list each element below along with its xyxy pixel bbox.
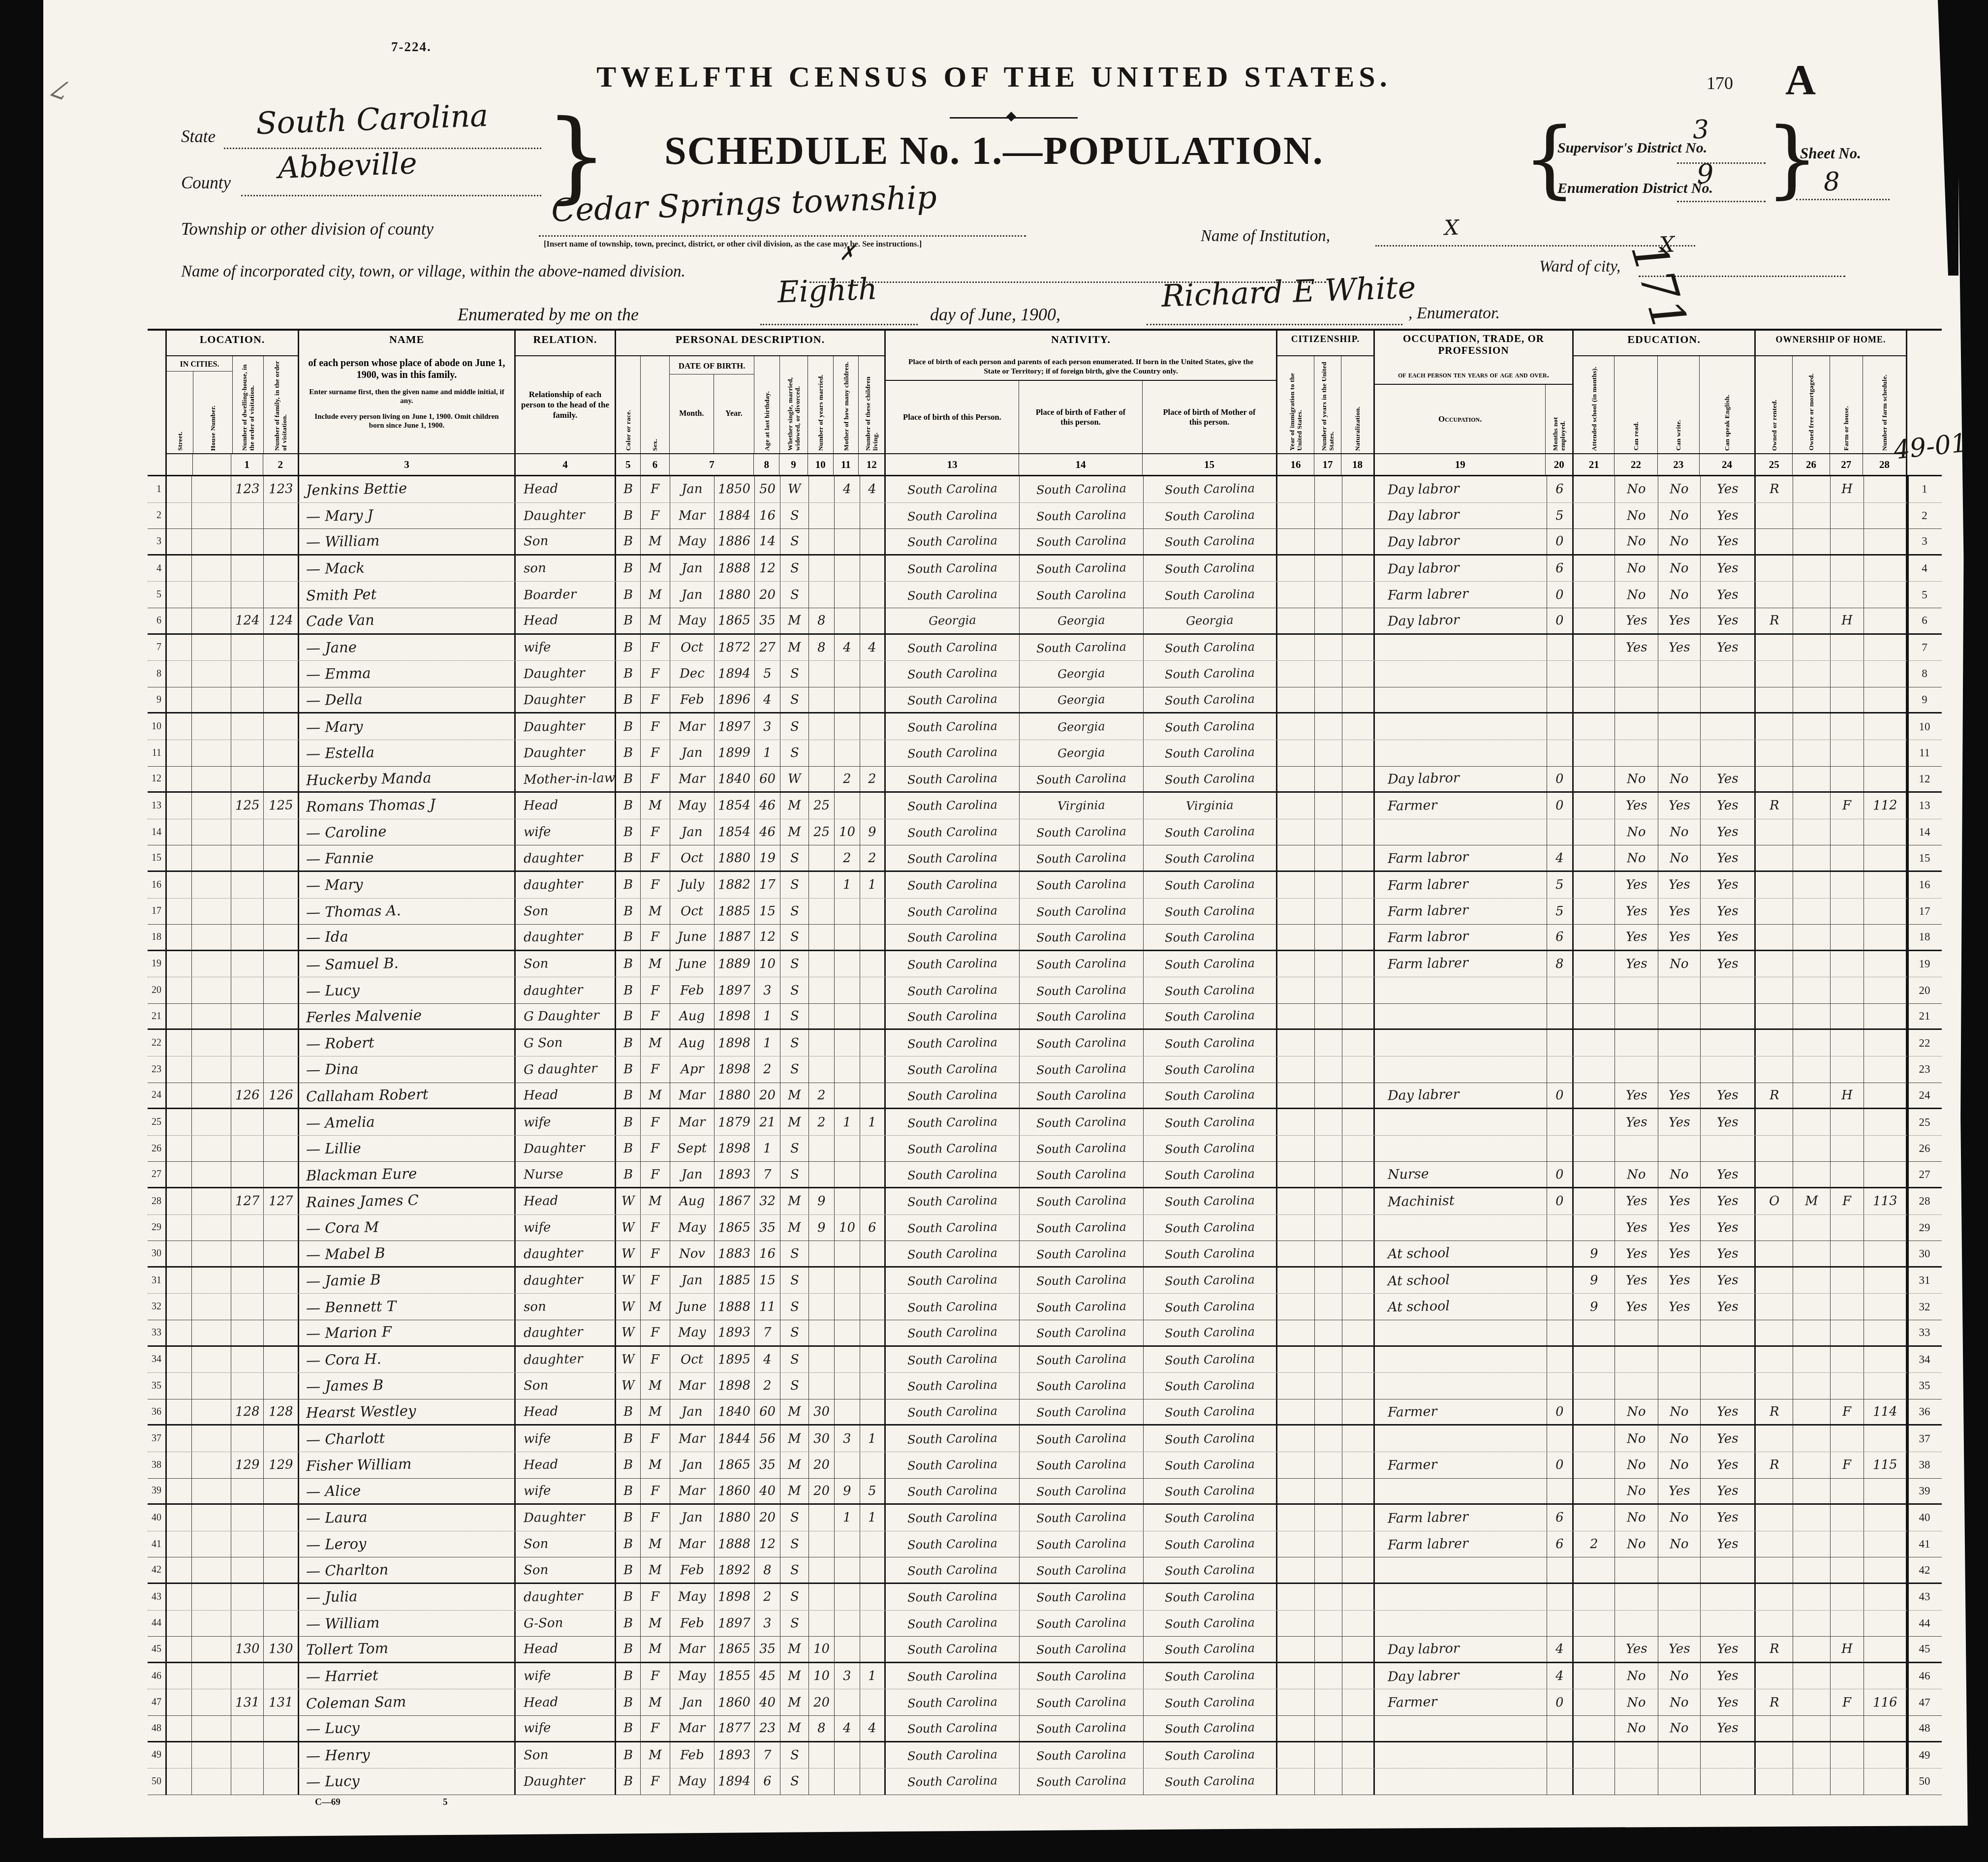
col-num-4: 4 [516, 454, 615, 475]
title-ornament-diamond [1006, 112, 1016, 122]
cell-wr [1658, 714, 1701, 740]
cell-own: R [1756, 1083, 1793, 1108]
cell-sch [1574, 1030, 1615, 1056]
cell-rn: 28 [1907, 1188, 1942, 1214]
cell-mo: Feb [670, 1742, 714, 1769]
cell-own [1756, 1505, 1793, 1531]
cell-m: S [780, 1294, 809, 1320]
cell-sch: 9 [1574, 1241, 1615, 1266]
cell-street [165, 767, 192, 792]
cell-age: 12 [755, 1531, 780, 1557]
cell-m: S [780, 1557, 809, 1583]
marital-col-label: Whether single, married, widowed, or div… [786, 356, 802, 453]
cell-mu: 5 [1547, 872, 1574, 898]
cell-fm [1793, 1557, 1831, 1583]
cell-mu: 5 [1547, 503, 1574, 529]
cell-d [231, 767, 264, 792]
cell-wr: No [1658, 582, 1701, 608]
col-num-18: 18 [1341, 454, 1373, 475]
cell-fh: F [1831, 1399, 1864, 1425]
cell-fh [1831, 1584, 1864, 1610]
cell-p2: South Carolina [1020, 1557, 1144, 1583]
cell-na [1342, 1136, 1375, 1162]
cell-im [1277, 819, 1315, 845]
cell-fn [1864, 1056, 1907, 1083]
cell-p2: South Carolina [1020, 1452, 1144, 1478]
cell-wr: Yes [1658, 1637, 1701, 1662]
cell-yu [1315, 476, 1342, 502]
cell-street [165, 1056, 192, 1083]
cell-rn: 38 [1907, 1452, 1942, 1478]
cell-mo: Mar [670, 1373, 714, 1399]
cell-occ [1375, 1742, 1547, 1769]
cell-house [192, 476, 231, 502]
cell-own: R [1756, 1689, 1793, 1715]
cell-name: Hearst Westley [299, 1399, 516, 1425]
cell-mc: 10 [835, 1215, 860, 1241]
cell-mu [1547, 819, 1574, 845]
cell-fn [1864, 1030, 1907, 1056]
cell-mc [835, 1399, 860, 1425]
cell-im [1277, 1320, 1315, 1345]
cell-name: — Cora M [299, 1215, 516, 1241]
cell-fh: H [1831, 608, 1864, 633]
cell-rel: daughter [516, 1347, 616, 1373]
cell-s: M [641, 899, 670, 925]
cell-fn [1864, 1716, 1907, 1741]
cell-rel: wife [516, 1479, 616, 1504]
cell-p2: South Carolina [1020, 1716, 1144, 1741]
cell-age: 2 [755, 1373, 780, 1399]
cell-f [264, 1584, 299, 1610]
cell-rn: 47 [1907, 1689, 1942, 1715]
cell-wr [1658, 977, 1701, 1003]
cell-im [1277, 608, 1315, 633]
cell-fh [1831, 1426, 1864, 1452]
cell-fh: H [1831, 476, 1864, 502]
cell-mo: Aug [670, 1188, 714, 1214]
cell-ln: 8 [148, 661, 165, 687]
cell-s: M [641, 608, 670, 633]
cell-d [231, 872, 264, 898]
cell-street [165, 661, 192, 687]
cell-d: 129 [231, 1452, 264, 1478]
cell-f [264, 1531, 299, 1557]
cell-p2: Georgia [1020, 714, 1144, 740]
cell-mc: 9 [835, 1479, 860, 1504]
table-row: 40— LauraDaughterBFJan188020S11South Car… [148, 1505, 1942, 1531]
cell-ym [809, 1347, 835, 1373]
cell-mu [1547, 1320, 1574, 1345]
cell-en: Yes [1701, 845, 1756, 870]
cell-p3: South Carolina [1144, 1584, 1277, 1610]
cell-ln: 46 [148, 1663, 165, 1689]
table-row: 1123123Jenkins BettieHeadBFJan185050W44S… [148, 476, 1942, 503]
cell-rd: No [1615, 1689, 1658, 1715]
cell-c: B [616, 1109, 641, 1135]
cell-p3: South Carolina [1144, 582, 1277, 608]
cell-street [165, 1689, 192, 1715]
cell-p3: South Carolina [1144, 503, 1277, 529]
cell-fn [1864, 951, 1907, 977]
scan-border-left [0, 0, 43, 1862]
cell-rd [1615, 1769, 1658, 1795]
cell-house [192, 1294, 231, 1320]
cell-p3: South Carolina [1144, 1742, 1277, 1769]
cell-s: M [641, 1637, 670, 1662]
cell-cl [860, 1531, 886, 1557]
cell-yu [1315, 1136, 1342, 1162]
cell-d [231, 503, 264, 529]
cell-d [231, 977, 264, 1003]
cell-occ [1375, 1479, 1547, 1504]
cell-ln: 18 [148, 925, 165, 950]
group-ownership: OWNERSHIP OF HOME. Owned or rented. Owne… [1756, 331, 1907, 475]
cell-im [1277, 529, 1315, 554]
cell-mu [1547, 1215, 1574, 1241]
cell-wr: Yes [1658, 1083, 1701, 1108]
cell-yu [1315, 1584, 1342, 1610]
cell-wr [1658, 1320, 1701, 1345]
cell-m: S [780, 556, 809, 582]
county-rule [241, 195, 541, 196]
cell-ln: 9 [148, 687, 165, 713]
cell-cl [860, 1241, 886, 1266]
cell-f [264, 1769, 299, 1795]
cell-yu [1315, 767, 1342, 792]
cell-fh [1831, 1611, 1864, 1637]
cell-fm [1793, 1611, 1831, 1637]
cell-occ: Day labror [1375, 608, 1547, 633]
cell-name: — Dina [299, 1056, 516, 1083]
cell-ym [809, 951, 835, 977]
cell-rn: 8 [1907, 661, 1942, 687]
cell-rel: Head [516, 1452, 616, 1478]
col-num-5: 5 [616, 454, 641, 475]
cell-yu [1315, 1479, 1342, 1504]
cell-street [165, 529, 192, 554]
cell-f [264, 1479, 299, 1504]
cell-fn: 114 [1864, 1399, 1907, 1425]
cell-street [165, 1004, 192, 1029]
cell-cl [860, 1294, 886, 1320]
cell-mo: Feb [670, 687, 714, 713]
cell-house [192, 1531, 231, 1557]
cell-mc: 2 [835, 767, 860, 792]
cell-d [231, 1373, 264, 1399]
cell-mu: 0 [1547, 1083, 1574, 1108]
cell-mc: 4 [835, 1716, 860, 1741]
cell-house [192, 845, 231, 870]
cell-age: 11 [755, 1294, 780, 1320]
cell-s: F [641, 1663, 670, 1689]
cell-c: B [616, 925, 641, 950]
cell-rd: No [1615, 1162, 1658, 1187]
location-group-label: LOCATION. [167, 331, 298, 356]
cell-name: — Samuel B. [299, 951, 516, 977]
cell-fm [1793, 1426, 1831, 1452]
cell-age: 56 [755, 1426, 780, 1452]
cell-mu [1547, 1716, 1574, 1741]
cell-rd: No [1615, 503, 1658, 529]
census-table: LOCATION. IN CITIES. Street. House Numbe… [148, 329, 1942, 1795]
cell-street [165, 1162, 192, 1187]
cell-mu: 6 [1547, 1505, 1574, 1531]
cell-occ [1375, 1109, 1547, 1135]
cell-p2: South Carolina [1020, 1426, 1144, 1452]
cell-own [1756, 977, 1793, 1003]
group-nativity: NATIVITY. Place of birth of each person … [886, 331, 1277, 475]
cell-s: F [641, 740, 670, 766]
cell-m: M [780, 1188, 809, 1214]
cell-yr: 1886 [714, 529, 755, 554]
cell-house [192, 556, 231, 582]
cell-mo: Mar [670, 1109, 714, 1135]
cell-mc: 4 [835, 476, 860, 502]
children-living-col-label: Number of these children living. [864, 356, 879, 453]
cell-im [1277, 1531, 1315, 1557]
year-col-label: Year. [725, 409, 743, 418]
cell-yu [1315, 819, 1342, 845]
group-education: EDUCATION. Attended school (in months). … [1574, 331, 1756, 475]
cell-ln: 22 [148, 1030, 165, 1056]
table-row: 13125125Romans Thomas JHeadBMMay185446M2… [148, 793, 1942, 819]
cell-fn [1864, 819, 1907, 845]
cell-p1: South Carolina [886, 845, 1020, 870]
cell-yr: 1840 [714, 767, 755, 792]
cell-ym [809, 1769, 835, 1795]
cell-ym [809, 529, 835, 554]
cell-fm [1793, 740, 1831, 766]
cell-occ: Nurse [1375, 1162, 1547, 1187]
cell-p3: South Carolina [1144, 767, 1277, 792]
cell-c: B [616, 476, 641, 502]
cell-name: Fisher William [299, 1452, 516, 1478]
cell-occ: Day labror [1375, 503, 1547, 529]
cell-mu: 4 [1547, 845, 1574, 870]
cell-im [1277, 476, 1315, 502]
cell-rd: No [1615, 1479, 1658, 1504]
cell-ln: 48 [148, 1716, 165, 1741]
cell-street [165, 845, 192, 870]
cell-p2: South Carolina [1020, 1347, 1144, 1373]
cell-mo: Feb [670, 1611, 714, 1637]
cell-age: 46 [755, 793, 780, 819]
cell-rn: 19 [1907, 951, 1942, 977]
cell-fh [1831, 1557, 1864, 1583]
cell-yr: 1898 [714, 1373, 755, 1399]
cell-ln: 32 [148, 1294, 165, 1320]
cell-yu [1315, 925, 1342, 950]
cell-age: 6 [755, 1769, 780, 1795]
cell-fn [1864, 1320, 1907, 1345]
cell-rel: Head [516, 1399, 616, 1425]
cell-rn: 15 [1907, 845, 1942, 870]
cell-yu [1315, 793, 1342, 819]
cell-mo: Jan [670, 1162, 714, 1187]
cell-p1: South Carolina [886, 1320, 1020, 1345]
cell-yr: 1888 [714, 556, 755, 582]
cell-s: F [641, 1268, 670, 1294]
cell-house [192, 1399, 231, 1425]
cell-occ [1375, 635, 1547, 661]
table-row: 21Ferles MalvenieG DaughterBFAug18981SSo… [148, 1004, 1942, 1030]
cell-cl [860, 1584, 886, 1610]
cell-rn: 37 [1907, 1426, 1942, 1452]
cell-rel: Daughter [516, 1136, 616, 1162]
cell-rn: 11 [1907, 740, 1942, 766]
cell-p3: South Carolina [1144, 1004, 1277, 1029]
enumeration-rule [1677, 201, 1766, 202]
cell-s: F [641, 977, 670, 1003]
cell-yu [1315, 1452, 1342, 1478]
cell-s: F [641, 1136, 670, 1162]
cell-sch [1574, 1584, 1615, 1610]
cell-fn [1864, 556, 1907, 582]
ward-label: Ward of city, [1539, 258, 1620, 276]
cell-m: M [780, 1637, 809, 1662]
cell-ym: 30 [809, 1426, 835, 1452]
cell-house [192, 661, 231, 687]
cell-ln: 43 [148, 1584, 165, 1610]
cell-sch [1574, 767, 1615, 792]
cell-yr: 1860 [714, 1479, 755, 1504]
cell-rn: 22 [1907, 1030, 1942, 1056]
cell-mu: 6 [1547, 556, 1574, 582]
cell-cl: 1 [860, 1109, 886, 1135]
cell-rn: 2 [1907, 503, 1942, 529]
cell-ym [809, 1584, 835, 1610]
cell-d [231, 1030, 264, 1056]
cell-yr: 1882 [714, 872, 755, 898]
cell-ym: 8 [809, 1716, 835, 1741]
cell-fh [1831, 635, 1864, 661]
cell-f [264, 529, 299, 554]
cell-age: 3 [755, 977, 780, 1003]
cell-yu [1315, 714, 1342, 740]
cell-ln: 34 [148, 1347, 165, 1373]
cell-yr: 1885 [714, 1268, 755, 1294]
cell-p2: South Carolina [1020, 767, 1144, 792]
cell-m: S [780, 1611, 809, 1637]
cell-rd: No [1615, 582, 1658, 608]
cell-yr: 1898 [714, 1136, 755, 1162]
cell-mu [1547, 661, 1574, 687]
cell-m: S [780, 845, 809, 870]
cell-en: Yes [1701, 1716, 1756, 1741]
cell-rd [1615, 1056, 1658, 1083]
cell-cl [860, 1399, 886, 1425]
cell-rd [1615, 1004, 1658, 1029]
cell-mc: 1 [835, 872, 860, 898]
cell-own [1756, 1004, 1793, 1029]
cell-mu: 6 [1547, 1531, 1574, 1557]
cell-p3: South Carolina [1144, 1294, 1277, 1320]
cell-d [231, 1769, 264, 1795]
cell-occ [1375, 1320, 1547, 1345]
cell-mu: 0 [1547, 793, 1574, 819]
cell-mu [1547, 977, 1574, 1003]
cell-fh [1831, 503, 1864, 529]
cell-d [231, 925, 264, 950]
cell-wr: Yes [1658, 1268, 1701, 1294]
cell-ym: 20 [809, 1452, 835, 1478]
cell-f [264, 503, 299, 529]
cell-c: B [616, 977, 641, 1003]
cell-rn: 29 [1907, 1215, 1942, 1241]
cell-p3: South Carolina [1144, 1505, 1277, 1531]
cell-fh [1831, 1215, 1864, 1241]
cell-occ [1375, 1347, 1547, 1373]
cell-street [165, 582, 192, 608]
cell-yr: 1895 [714, 1347, 755, 1373]
cell-wr: No [1658, 1716, 1701, 1741]
cell-rn: 24 [1907, 1083, 1942, 1108]
cell-f [264, 1268, 299, 1294]
cell-c: B [616, 1584, 641, 1610]
cell-name: Cade Van [299, 608, 516, 633]
cell-p2: South Carolina [1020, 529, 1144, 554]
cell-p2: South Carolina [1020, 1162, 1144, 1187]
cell-yr: 1860 [714, 1689, 755, 1715]
cell-p3: South Carolina [1144, 1637, 1277, 1662]
cell-wr: No [1658, 476, 1701, 502]
cell-cl [860, 661, 886, 687]
cell-fh [1831, 1268, 1864, 1294]
cell-name: — Alice [299, 1479, 516, 1504]
cell-fn [1864, 1347, 1907, 1373]
cell-s: F [641, 1584, 670, 1610]
cell-s: M [641, 582, 670, 608]
cell-name: — Cora H. [299, 1347, 516, 1373]
cell-house [192, 872, 231, 898]
cell-p1: South Carolina [886, 767, 1020, 792]
cell-rel: Daughter [516, 1769, 616, 1795]
cell-rn: 46 [1907, 1663, 1942, 1689]
cell-mc [835, 1004, 860, 1029]
cell-mo: Jan [670, 1505, 714, 1531]
cell-mo: Oct [670, 635, 714, 661]
cell-p3: South Carolina [1144, 899, 1277, 925]
cell-name: — Mary [299, 872, 516, 898]
cell-mu [1547, 714, 1574, 740]
house-number-col-label: House Number. [209, 403, 217, 453]
cell-p3: South Carolina [1144, 1663, 1277, 1689]
cell-fm [1793, 793, 1831, 819]
cell-house [192, 899, 231, 925]
cell-p1: South Carolina [886, 1452, 1020, 1478]
cell-p2: South Carolina [1020, 872, 1144, 898]
cell-mc [835, 1294, 860, 1320]
cell-na [1342, 1611, 1375, 1637]
cell-cl [860, 1004, 886, 1029]
cell-na [1342, 793, 1375, 819]
cell-cl [860, 925, 886, 950]
cell-mc [835, 1373, 860, 1399]
cell-fh [1831, 1531, 1864, 1557]
cell-occ [1375, 819, 1547, 845]
cell-rn: 17 [1907, 899, 1942, 925]
cell-ln: 47 [148, 1689, 165, 1715]
cell-d [231, 1294, 264, 1320]
cell-im [1277, 1584, 1315, 1610]
cell-m: S [780, 1030, 809, 1056]
group-location: LOCATION. IN CITIES. Street. House Numbe… [165, 331, 299, 475]
cell-house [192, 1268, 231, 1294]
cell-occ: Farm labrer [1375, 1531, 1547, 1557]
cell-rel: Daughter [516, 661, 616, 687]
col-num-22: 22 [1615, 454, 1657, 475]
